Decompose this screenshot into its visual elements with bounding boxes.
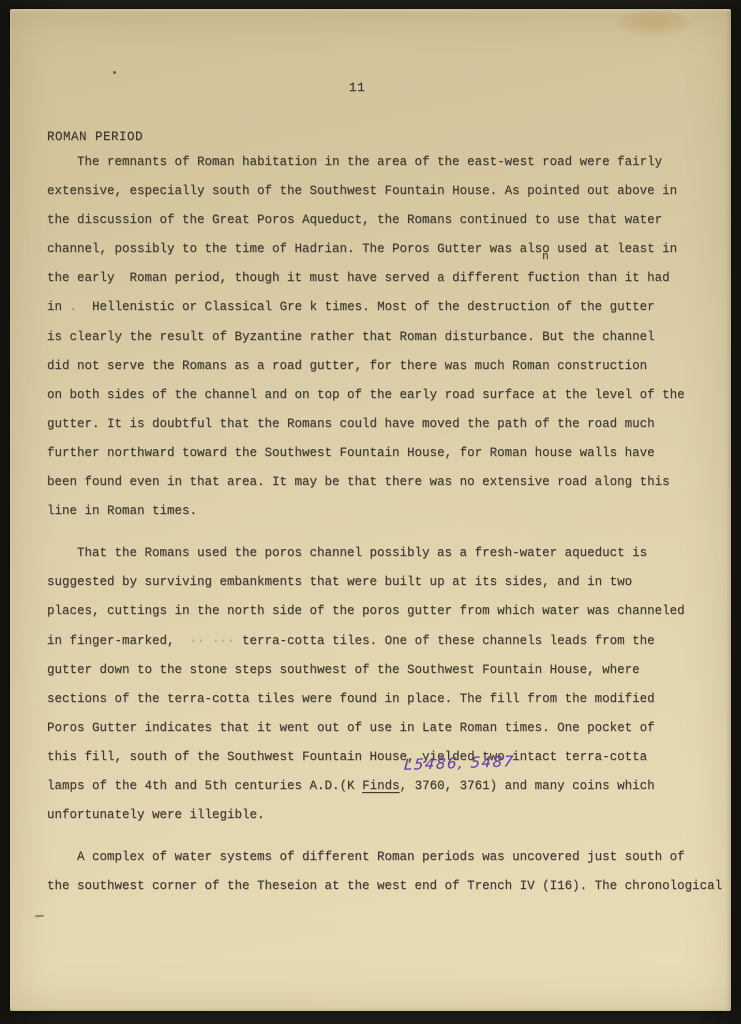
text-segment: lamps of the 4th and 5th centuries A.D.(… [47,779,362,793]
text-line-with-erasure: in . Hellenistic or Classical Gre k time… [47,293,727,322]
pencil-dash-mark [35,915,44,918]
text-line: sections of the terra-cotta tiles were f… [47,685,727,714]
erased-text: . [70,300,85,314]
text-line: did not serve the Romans as a road gutte… [47,352,727,381]
text-line: channel, possibly to the time of Hadrian… [47,235,727,264]
text-line: The remnants of Roman habitation in the … [47,148,727,177]
handwritten-annotation: L5486, 5487 [403,752,515,774]
rust-stain [615,11,693,37]
text-line: gutter. It is doubtful that the Romans c… [47,410,727,439]
text-line: this fill, south of the Southwest Founta… [47,743,727,772]
typed-insertion: nc^ [542,264,550,293]
text-line-with-erasure: in finger-marked, ·· ··· terra-cotta til… [47,627,727,656]
text-line: places, cuttings in the north side of th… [47,597,727,626]
text-segment: Hellenistic or Classical Gre k times. Mo… [85,300,655,314]
text-line: is clearly the result of Byzantine rathe… [47,323,727,352]
text-line-with-insertion: the early Roman period, though it must h… [47,264,727,293]
text-line: suggested by surviving embankments that … [47,568,727,597]
text-line-with-underline: lamps of the 4th and 5th centuries A.D.(… [47,772,727,801]
text-segment: in [47,300,70,314]
text-line: gutter down to the stone steps southwest… [47,656,727,685]
inserted-letter: n [542,252,549,263]
text-line: been found even in that area. It may be … [47,468,727,497]
text-line: line in Roman times. [47,497,727,526]
caret-mark: ^ [542,277,547,286]
text-segment: , 3760, 3761) and many coins which [400,779,655,793]
erased-text: ·· ··· [190,634,243,648]
text-line: the southwest corner of the Theseion at … [47,872,727,901]
paragraph-2: That the Romans used the poros channel p… [47,539,727,830]
text-line: unfortunately were illegible. [47,801,727,830]
text-line: That the Romans used the poros channel p… [47,539,727,568]
text-segment: tion than it had [550,271,670,285]
text-line: extensive, especially south of the South… [47,177,727,206]
text-segment: in finger-marked, [47,634,190,648]
text-line: Poros Gutter indicates that it went out … [47,714,727,743]
text-line: A complex of water systems of different … [47,843,727,872]
paragraph-3: A complex of water systems of different … [47,843,727,901]
text-segment: terra-cotta tiles. One of these channels… [242,634,655,648]
body-text: The remnants of Roman habitation in the … [47,148,727,914]
document-page: 11 ROMAN PERIOD The remnants of Roman ha… [10,9,731,1011]
ink-speck [113,71,116,74]
paragraph-1: The remnants of Roman habitation in the … [47,148,727,526]
page-number: 11 [10,80,704,95]
text-segment: the early Roman period, though it must h… [47,271,542,285]
text-line: on both sides of the channel and on top … [47,381,727,410]
section-heading: ROMAN PERIOD [47,130,143,144]
scan-background: 11 ROMAN PERIOD The remnants of Roman ha… [0,0,741,1024]
text-line: further northward toward the Southwest F… [47,439,727,468]
underlined-citation: Finds [362,779,400,793]
text-line: the discussion of the Great Poros Aquedu… [47,206,727,235]
